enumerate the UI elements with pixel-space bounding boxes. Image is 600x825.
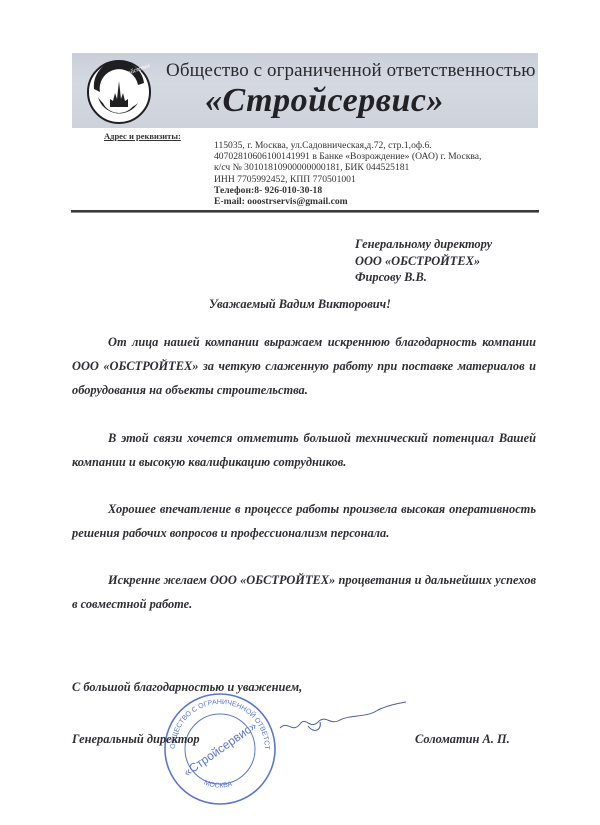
address-label: Адрес и реквизиты: <box>104 131 181 141</box>
company-logo-icon: Стройсервис <box>86 59 152 125</box>
signature-icon <box>270 700 410 740</box>
body-paragraph: От лица нашей компании выражаем искренню… <box>72 330 536 402</box>
header-divider <box>71 210 539 212</box>
requisite-phone: Телефон:8- 926-010-30-18 <box>214 185 481 196</box>
requisite-bank-account: 40702810606100141991 в Банке «Возрождени… <box>214 151 481 162</box>
addressee-block: Генеральному директору ООО «ОБСТРОЙТЕХ» … <box>355 236 492 286</box>
body-paragraph: Хорошее впечатление в процессе работы пр… <box>72 497 536 545</box>
greeting: Уважаемый Вадим Викторович! <box>0 297 600 312</box>
requisite-inn-kpp: ИНН 7705992452, КПП 770501001 <box>214 174 481 185</box>
requisite-email: E-mail: ooostrservis@gmail.com <box>214 196 481 207</box>
addressee-name: Фирсову В.В. <box>355 269 492 286</box>
svg-text:МОСКВА: МОСКВА <box>203 779 233 789</box>
body-paragraph: В этой связи хочется отметить большой те… <box>72 426 536 474</box>
requisites-block: 115035, г. Москва, ул.Садовническая,д.72… <box>214 140 481 207</box>
org-type: Общество с ограниченной ответственностью <box>166 60 536 82</box>
requisite-corr-account: к/сч № 30101810900000000181, БИК 0445251… <box>214 162 481 173</box>
addressee-position: Генеральному директору <box>355 236 492 253</box>
signer-name: Соломатин А. П. <box>415 732 510 747</box>
company-stamp-icon: ОБЩЕСТВО С ОГРАНИЧЕННОЙ ОТВЕТСТВЕННОСТЬЮ… <box>155 687 285 807</box>
addressee-company: ООО «ОБСТРОЙТЕХ» <box>355 253 492 270</box>
signer-title: Генеральный директор <box>72 732 200 747</box>
requisite-address: 115035, г. Москва, ул.Садовническая,д.72… <box>214 140 481 151</box>
org-name: «Стройсервис» <box>205 82 444 120</box>
body-paragraph: Искренне желаем ООО «ОБСТРОЙТЕХ» процвет… <box>72 568 536 616</box>
